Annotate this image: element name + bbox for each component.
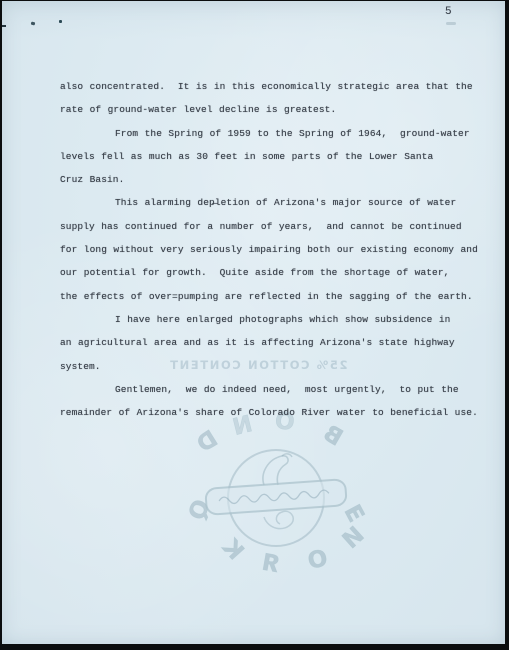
typed-line: rate of ground-water level decline is gr… (60, 98, 470, 121)
typed-line: also concentrated. It is in this economi… (60, 75, 470, 98)
typed-line: for long without very seriously impairin… (60, 238, 470, 261)
typed-line: the effects of over=pumping are reflecte… (60, 285, 470, 308)
typed-line: levels fell as much as 30 feet in some p… (60, 145, 470, 168)
scanned-page: 25% COTTON CONTENT D N O B Q Ǝ K Я O И (0, 0, 509, 650)
typed-line: our potential for growth. Quite aside fr… (60, 261, 470, 284)
typed-line: system. (60, 355, 470, 378)
typed-text-body: also concentrated. It is in this economi… (60, 75, 470, 424)
typed-line: an agricultural area and as it is affect… (60, 331, 470, 354)
typed-line: From the Spring of 1959 to the Spring of… (60, 122, 470, 145)
typed-line: Cruz Basin. (60, 168, 470, 191)
typed-line: Gentlemen, we do indeed need, most urgen… (60, 378, 470, 401)
typed-line: remainder of Arizona's share of Colorado… (60, 401, 470, 424)
paper-sheet: 25% COTTON CONTENT D N O B Q Ǝ K Я O И (2, 1, 505, 644)
typed-line: This alarming dep̶letion of Arizona's ma… (60, 191, 470, 214)
typed-line: I have here enlarged photographs which s… (60, 308, 470, 331)
typed-line: supply has continued for a number of yea… (60, 215, 470, 238)
